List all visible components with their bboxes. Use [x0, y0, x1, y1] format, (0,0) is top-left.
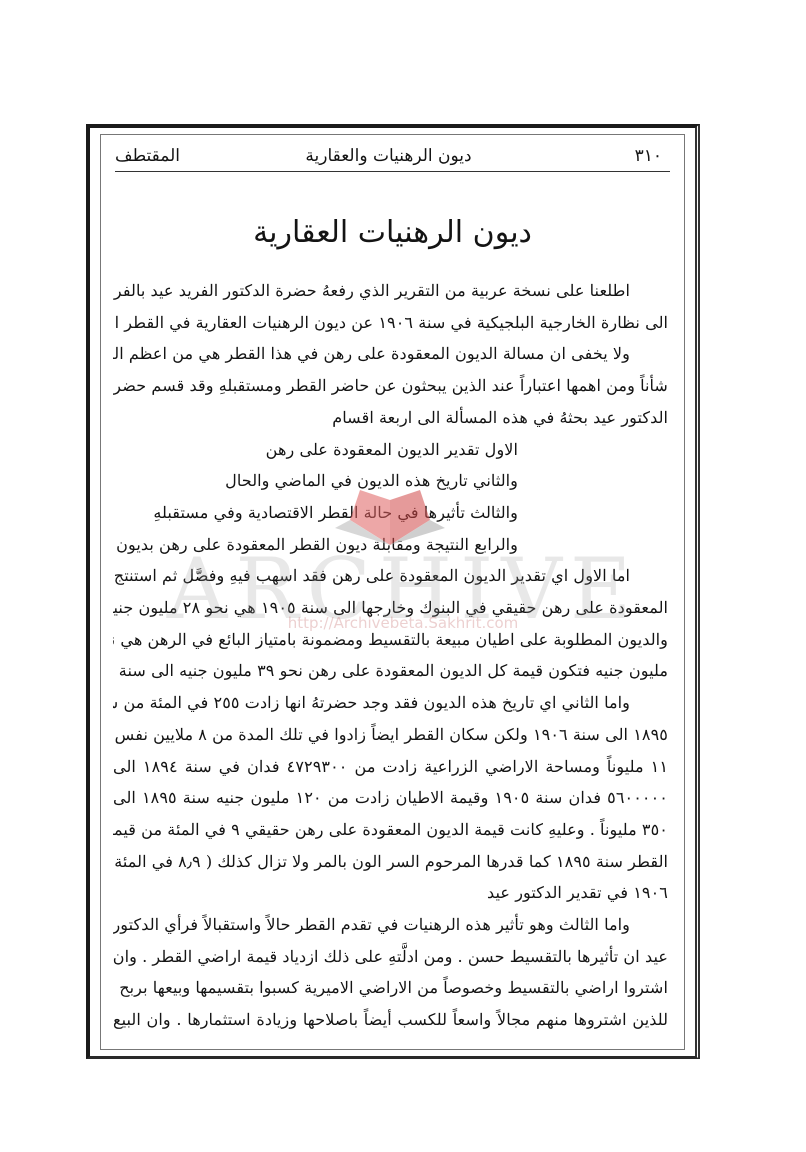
text-line: المعقودة على رهن حقيقي في البنوك وخارجها… — [113, 592, 668, 624]
text-line: ١٩٠٦ في تقدير الدكتور عيد — [113, 877, 668, 909]
list-item: والثالث تأثيرها في حالة القطر الاقتصادية… — [113, 497, 668, 529]
list-item: الاول تقدير الديون المعقودة على رهن — [113, 434, 668, 466]
article-body: اطلعنا على نسخة عربية من التقرير الذي رف… — [113, 275, 668, 1036]
text-line: اطلعنا على نسخة عربية من التقرير الذي رف… — [113, 275, 668, 307]
text-line: اشتروا اراضي بالتقسيط وخصوصاً من الاراضي… — [113, 972, 668, 1004]
running-header: المقتطف ديون الرهنيات والعقارية ٣١٠ — [115, 141, 670, 172]
text-line: عيد ان تأثيرها بالتقسيط حسن . ومن ادلَّت… — [113, 941, 668, 973]
text-line: للذين اشتروها منهم مجالاً واسعاً للكسب أ… — [113, 1004, 668, 1036]
text-line: القطر سنة ١٨٩٥ كما قدرها المرحوم السر ال… — [113, 846, 668, 878]
text-line: واما الثاني اي تاريخ هذه الديون فقد وجد … — [113, 687, 668, 719]
text-line: والديون المطلوبة على اطيان مبيعة بالتقسي… — [113, 624, 668, 656]
text-line: مليون جنيه فتكون قيمة كل الديون المعقودة… — [113, 655, 668, 687]
article-title: ديون الرهنيات العقارية — [101, 215, 684, 250]
text-line: ٣٥٠ مليوناً . وعليهِ كانت قيمة الديون ال… — [113, 814, 668, 846]
text-line: شأناً ومن اهمها اعتباراً عند الذين يبحثو… — [113, 370, 668, 402]
text-line: ١١ مليوناً ومساحة الاراضي الزراعية زادت … — [113, 751, 668, 783]
text-line: الدكتور عيد بحثهُ في هذه المسألة الى ارب… — [113, 402, 668, 434]
list-item: والرابع النتيجة ومقابلة ديون القطر المعق… — [113, 529, 668, 561]
page-frame: المقتطف ديون الرهنيات والعقارية ٣١٠ ديون… — [86, 124, 700, 1059]
text-line: الى نظارة الخارجية البلجيكية في سنة ١٩٠٦… — [113, 307, 668, 339]
page-number: ٣١٠ — [562, 146, 670, 166]
text-line: اما الاول اي تقدير الديون المعقودة على ر… — [113, 560, 668, 592]
text-line: ١٨٩٥ الى سنة ١٩٠٦ ولكن سكان القطر ايضاً … — [113, 719, 668, 751]
text-line: ٥٦٠٠٠٠٠ فدان سنة ١٩٠٥ وقيمة الاطيان زادت… — [113, 782, 668, 814]
text-line: واما الثالث وهو تأثير هذه الرهنيات في تق… — [113, 909, 668, 941]
text-line: ولا يخفى ان مسالة الديون المعقودة على ره… — [113, 338, 668, 370]
list-item: والثاني تاريخ هذه الديون في الماضي والحا… — [113, 465, 668, 497]
page-inner-border: المقتطف ديون الرهنيات والعقارية ٣١٠ ديون… — [100, 134, 685, 1050]
running-title: ديون الرهنيات والعقارية — [215, 146, 562, 166]
journal-name: المقتطف — [115, 146, 215, 166]
